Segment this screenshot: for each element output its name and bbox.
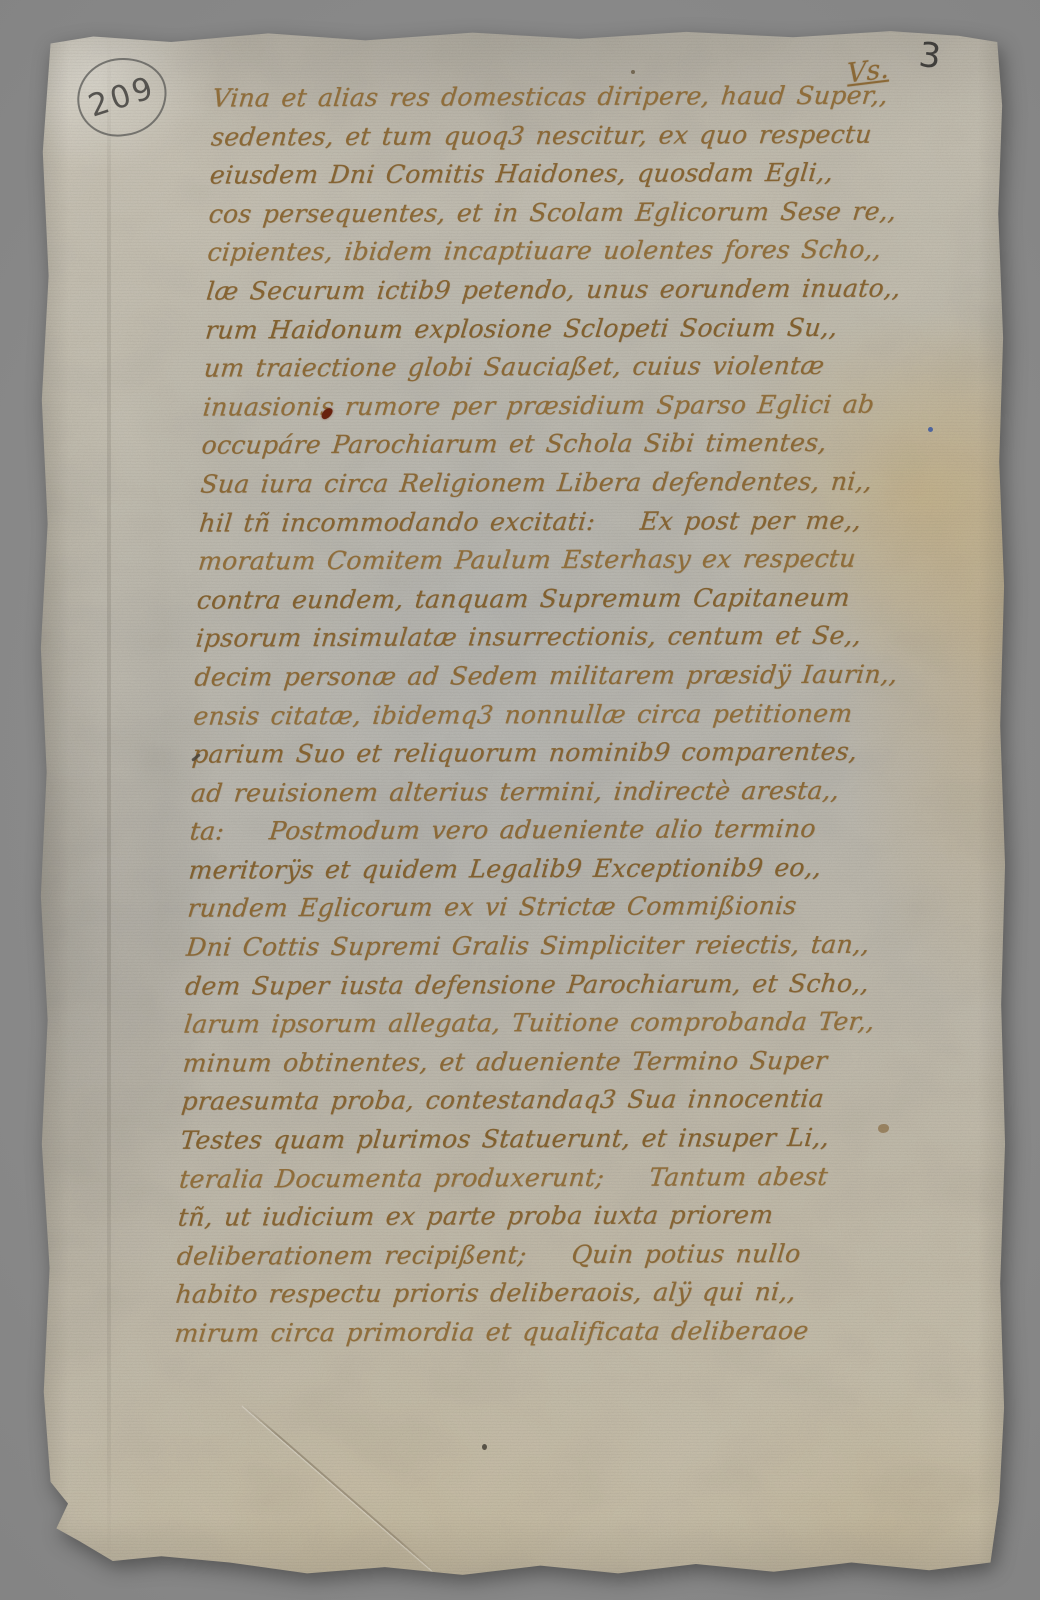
manuscript-line: minum obtinentes, et adueniente Termino … [181, 1041, 888, 1083]
photo-background: 209 3 Vs. Vina et alias res domesticas d… [0, 0, 1040, 1600]
manuscript-line: meritorÿs et quidem Legalib9 Exceptionib… [187, 848, 894, 890]
manuscript-line: ta: Postmodum vero adueniente alio termi… [188, 810, 895, 852]
manuscript-text: Vina et alias res domesticas diripere, h… [212, 76, 920, 1353]
manuscript-line: Vina et alias res domesticas diripere, h… [210, 76, 917, 118]
manuscript-line: rum Haidonum explosione Sclopeti Socium … [203, 308, 910, 350]
manuscript-line: contra eundem, tanquam Supremum Capitane… [195, 578, 902, 620]
manuscript-line: parium Suo et reliquorum nominib9 compar… [190, 733, 897, 775]
manuscript-line: inuasionis rumore per præsidium Sparso E… [201, 385, 908, 427]
manuscript-line: um traiectione globi Sauciaßet, cuius vi… [202, 347, 909, 389]
manuscript-page: 209 3 Vs. Vina et alias res domesticas d… [35, 28, 1007, 1578]
manuscript-line: cipientes, ibidem incaptiuare uolentes f… [206, 231, 913, 273]
manuscript-line: cos persequentes, et in Scolam Eglicorum… [207, 192, 914, 234]
manuscript-line: Testes quam plurimos Statuerunt, et insu… [178, 1119, 885, 1161]
manuscript-line: praesumta proba, contestandaq3 Sua innoc… [180, 1080, 887, 1122]
manuscript-line: sedentes, et tum quoq3 nescitur, ex quo … [209, 115, 916, 157]
folio-number-circle-pencil: 209 [72, 52, 172, 142]
manuscript-line: teralia Documenta produxerunt; Tantum ab… [177, 1157, 884, 1199]
manuscript-line: ipsorum insimulatæ insurrectionis, centu… [194, 617, 901, 659]
manuscript-line: moratum Comitem Paulum Esterhasy ex resp… [196, 540, 903, 582]
crease-line [242, 1404, 433, 1571]
dark-speck [482, 1444, 487, 1450]
manuscript-line: læ Securum ictib9 petendo, unus eorundem… [204, 269, 911, 311]
manuscript-line: hil tñ incommodando excitati: Ex post pe… [197, 501, 904, 543]
manuscript-line: deliberationem recipißent; Quin potius n… [175, 1234, 882, 1276]
manuscript-line: habito respectu prioris deliberaois, alÿ… [174, 1273, 881, 1315]
manuscript-line: eiusdem Dni Comitis Haidones, quosdam Eg… [208, 154, 915, 196]
manuscript-line: larum ipsorum allegata, Tuitione comprob… [182, 1003, 889, 1045]
vertical-fold-line [107, 28, 111, 1578]
manuscript-line: rundem Eglicorum ex vi Strictæ Commißion… [186, 887, 893, 929]
small-speck [631, 70, 635, 74]
manuscript-line: occupáre Parochiarum et Schola Sibi time… [200, 424, 907, 466]
manuscript-line: ensis citatæ, ibidemq3 nonnullæ circa pe… [191, 694, 898, 736]
manuscript-line: Dni Cottis Supremi Gralis Simpliciter re… [184, 926, 891, 968]
page-number: 3 [917, 35, 943, 77]
blue-speck [928, 427, 933, 432]
manuscript-line: dem Super iusta defensione Parochiarum, … [183, 964, 890, 1006]
folio-number: 209 [84, 69, 160, 124]
manuscript-line: decim personæ ad Sedem militarem præsidÿ… [193, 655, 900, 697]
manuscript-line: ad reuisionem alterius termini, indirect… [189, 771, 896, 813]
manuscript-line: tñ, ut iudicium ex parte proba iuxta pri… [176, 1196, 883, 1238]
manuscript-sheet-wrapper: 209 3 Vs. Vina et alias res domesticas d… [35, 28, 1007, 1578]
manuscript-line: Sua iura circa Religionem Libera defende… [199, 462, 906, 504]
manuscript-line: mirum circa primordia et qualificata del… [173, 1312, 880, 1354]
